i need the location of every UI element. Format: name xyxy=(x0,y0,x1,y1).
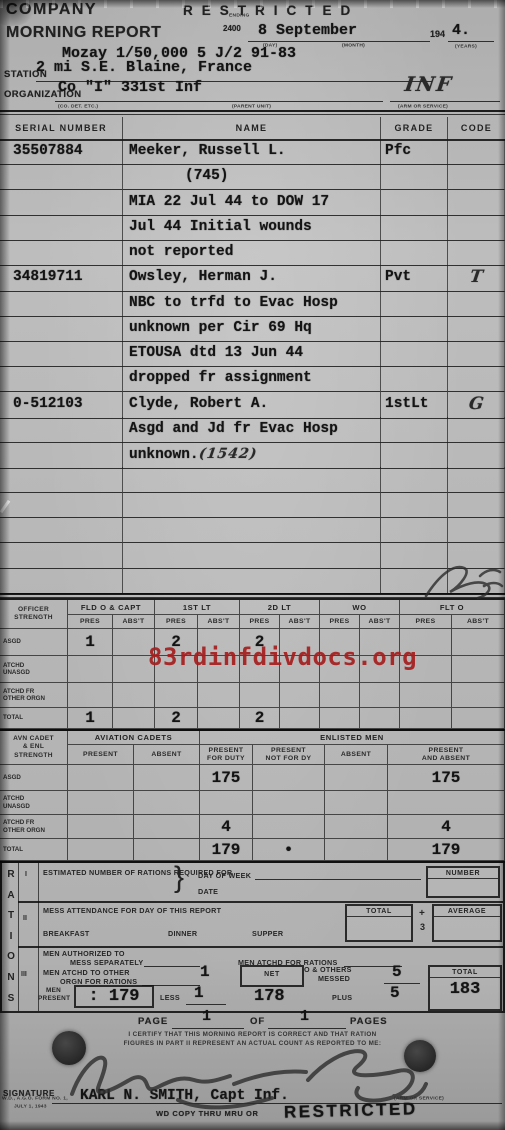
roster-name-cell: Clyde, Robert A. xyxy=(123,392,381,419)
officer-row-label: ASGD xyxy=(0,629,68,656)
roster-name-text: Jul 44 Initial wounds xyxy=(129,219,312,235)
strength-value-cell xyxy=(134,839,200,861)
roster-name-cell: Asgd and Jd fr Evac Hosp xyxy=(123,417,381,443)
roster-grade-cell xyxy=(381,493,448,518)
supper-label: SUPPER xyxy=(252,929,283,938)
roster-name-cell: dropped fr assignment xyxy=(123,366,381,392)
strength-value-cell xyxy=(253,765,325,791)
form-number-line-2: JULY 1, 1943 xyxy=(14,1104,47,1109)
pages-label: PAGES xyxy=(350,1016,388,1027)
strength-subheader: PRESENT AND ABSENT xyxy=(388,745,505,765)
officer-group-header: FLT O xyxy=(400,600,505,615)
officer-value-cell: 1 xyxy=(68,629,113,656)
average-box: AVERAGE xyxy=(432,904,502,942)
officer-value-cell xyxy=(452,629,505,656)
strength-value-cell xyxy=(68,765,134,791)
rations-letter: S xyxy=(8,989,15,1010)
table-row: NBC to trfd to Evac Hosp xyxy=(0,291,505,316)
roster-code-cell xyxy=(448,442,505,469)
page-label: PAGE xyxy=(138,1016,168,1027)
roster-name-cell: Jul 44 Initial wounds xyxy=(123,215,381,241)
rations-part1-divider xyxy=(18,901,503,903)
roster-column-header: GRADE xyxy=(381,117,448,139)
copy-note: WD COPY THRU MRU OR xyxy=(156,1109,259,1118)
roster-code-cell xyxy=(448,316,505,342)
officer-value-cell xyxy=(113,683,155,708)
day-of-week-label: DAY OF WEEK xyxy=(198,871,251,880)
table-row: 35507884Meeker, Russell L.Pfc xyxy=(0,139,505,164)
rations-letter: N xyxy=(7,968,14,989)
roster-name-text: ETOUSA dtd 13 Jun 44 xyxy=(129,345,303,361)
roster-serial-cell: 0-512103 xyxy=(0,392,123,419)
strength-value-cell xyxy=(200,791,253,815)
plus-label: PLUS xyxy=(332,993,352,1002)
strength-subheader: ABSENT xyxy=(325,745,388,765)
table-row: MIA 22 Jul 44 to DOW 17 xyxy=(0,190,505,215)
brace-glyph: } xyxy=(174,861,184,895)
arm-service-handwritten: INF xyxy=(403,72,454,96)
strength-row-label: TOTAL xyxy=(0,839,68,861)
signature-script xyxy=(58,1038,430,1110)
rations-total-value: 183 xyxy=(430,980,500,999)
strength-subheader: PRESENT FOR DUTY xyxy=(200,745,253,765)
strength-value-cell xyxy=(325,791,388,815)
strength-value-cell xyxy=(134,765,200,791)
strength-row-label: ATCHD FR OTHER ORGN xyxy=(0,815,68,839)
date-underline xyxy=(248,41,430,42)
divide-three: 3 xyxy=(420,922,425,932)
form-title-morning-report: MORNING REPORT xyxy=(6,24,161,42)
part-two-numeral: II xyxy=(23,915,27,922)
table-row: Jul 44 Initial wounds xyxy=(0,215,505,240)
strength-value-cell xyxy=(253,791,325,815)
roster-code-cell xyxy=(448,467,505,492)
officer-subheader: PRES xyxy=(68,615,113,629)
roster-column-header: SERIAL NUMBER xyxy=(0,117,123,139)
messed-label: MESSED xyxy=(318,974,350,983)
officer-value-cell: 2 xyxy=(155,708,198,729)
strength-subheader: PRESENT xyxy=(68,745,134,765)
page-edge-bottom xyxy=(0,1121,505,1130)
roster-code-cell xyxy=(448,366,505,392)
roster-name-text: Clyde, Robert A. xyxy=(129,396,268,412)
enlisted-strength-table: AVN CADET & ENL STRENGTHAVIATION CADETSE… xyxy=(0,729,505,863)
roster-code-cell: G xyxy=(448,392,505,419)
officer-value-cell xyxy=(452,656,505,683)
roster-serial-cell xyxy=(0,493,123,518)
aviation-cadets-header: AVIATION CADETS xyxy=(68,731,200,745)
roster-name-text: Owsley, Herman J. xyxy=(129,269,277,285)
rations-section: RATIONS I ESTIMATED NUMBER OF RATIONS RE… xyxy=(0,861,505,1013)
messed-value: 5 xyxy=(392,963,402,981)
strength-value-cell: 175 xyxy=(388,765,505,791)
ending-label: ENDING xyxy=(229,13,250,18)
less-value: 1 xyxy=(194,984,204,1002)
strength-value-cell xyxy=(388,791,505,815)
roster-serial-cell xyxy=(0,518,123,543)
roster-serial-cell xyxy=(0,190,123,216)
dinner-label: DINNER xyxy=(168,929,197,938)
mess-total-label: TOTAL xyxy=(347,906,411,917)
strength-value-cell xyxy=(253,815,325,839)
handwritten-code: G xyxy=(467,392,485,416)
strength-stub-header: AVN CADET & ENL STRENGTH xyxy=(0,731,68,765)
roster-name-text: Meeker, Russell L. xyxy=(129,143,286,159)
roster-body: 35507884Meeker, Russell L.Pfc(745)MIA 22… xyxy=(0,139,505,594)
roster-code-cell xyxy=(448,417,505,443)
divide-plus-glyph: + xyxy=(419,908,425,919)
others-label: O & OTHERS xyxy=(304,965,352,974)
strength-value-cell: 175 xyxy=(200,765,253,791)
roster-code-cell xyxy=(448,341,505,367)
table-row xyxy=(0,493,505,518)
month-label: (MONTH) xyxy=(342,43,365,48)
officer-subheader: PRES xyxy=(320,615,360,629)
officer-row-label: ATCHD UNASGD xyxy=(0,656,68,683)
strength-value-cell: 179 xyxy=(200,839,253,861)
officer-row-label: ATCHD FR OTHER ORGN xyxy=(0,683,68,708)
handwritten-note: (1542) xyxy=(197,442,259,467)
roster-grade-cell: Pfc xyxy=(381,139,448,165)
roster-grade-cell xyxy=(381,240,448,266)
roster-name-text: (745) xyxy=(185,168,229,184)
morning-report-document: COMPANY RESTRICTED MORNING REPORT ENDING… xyxy=(0,0,505,1130)
rations-total-box: TOTAL 183 xyxy=(428,965,502,1011)
strength-value-cell xyxy=(68,839,134,861)
rations-part2-divider xyxy=(18,946,503,948)
rations-letter: A xyxy=(7,886,14,907)
strength-row-label: ATCHD UNASGD xyxy=(0,791,68,815)
officer-value-cell xyxy=(452,708,505,729)
rations-rail-divider xyxy=(18,863,19,1011)
strength-value-cell xyxy=(325,839,388,861)
roster-grade-cell: 1stLt xyxy=(381,392,448,419)
roster-name-text: unknown. xyxy=(129,447,199,463)
net-box: NET xyxy=(240,965,304,987)
officer-value-cell xyxy=(400,683,452,708)
watermark-text: 83rdinfdivdocs.org xyxy=(148,643,417,671)
roster-name-cell: (745) xyxy=(123,164,381,190)
officer-group-header: FLD O & CAPT xyxy=(68,600,155,615)
roster-header: SERIAL NUMBERNAMEGRADECODE xyxy=(0,117,505,141)
officer-subheader: ABS'T xyxy=(452,615,505,629)
roster-grade-cell xyxy=(381,215,448,241)
roster-serial-cell xyxy=(0,366,123,392)
roster-serial-cell xyxy=(0,543,123,568)
table-row: dropped fr assignment xyxy=(0,366,505,391)
officer-value-cell xyxy=(280,683,320,708)
roster-name-cell: ETOUSA dtd 13 Jun 44 xyxy=(123,341,381,367)
net-box-label: NET xyxy=(242,967,302,979)
strength-value-cell xyxy=(134,815,200,839)
roster-grade-cell xyxy=(381,316,448,342)
table-row: ETOUSA dtd 13 Jun 44 xyxy=(0,341,505,366)
strength-value-cell xyxy=(134,791,200,815)
roster-name-text: dropped fr assignment xyxy=(129,370,312,386)
officer-subheader: PRES xyxy=(155,615,198,629)
roster-name-cell: unknown. (1542) xyxy=(123,442,381,469)
roster-name-text: Asgd and Jd fr Evac Hosp xyxy=(129,421,338,437)
number-box: NUMBER xyxy=(426,866,500,898)
roster-name-text: not reported xyxy=(129,244,233,260)
officer-value-cell xyxy=(400,708,452,729)
table-row: Asgd and Jd fr Evac Hosp xyxy=(0,417,505,442)
officer-value-cell xyxy=(155,683,198,708)
table-row: unknown. (1542) xyxy=(0,442,505,467)
pages-underline xyxy=(268,1028,346,1029)
roster-column-header: CODE xyxy=(448,117,505,139)
table-row xyxy=(0,467,505,492)
mess-separately-label: MESS SEPARATELY xyxy=(70,958,143,967)
roster-serial-cell xyxy=(0,417,123,443)
strength-value-cell xyxy=(68,791,134,815)
mess-total-box: TOTAL xyxy=(345,904,413,942)
strength-value-cell xyxy=(325,815,388,839)
roster-name-cell: Owsley, Herman J. xyxy=(123,265,381,292)
atchd-other-label: MEN ATCHD TO OTHER xyxy=(43,968,130,977)
men-present-box: : 179 xyxy=(74,985,154,1008)
mess-attendance-title: MESS ATTENDANCE FOR DAY OF THIS REPORT xyxy=(43,906,221,915)
header-divider xyxy=(0,110,505,115)
net-value: 178 xyxy=(254,987,285,1006)
roster-name-cell xyxy=(123,493,381,518)
rations-letter: I xyxy=(10,927,13,948)
strength-subheader: PRESENT NOT FOR DY xyxy=(253,745,325,765)
officer-value-cell xyxy=(68,683,113,708)
roster-code-cell xyxy=(448,291,505,317)
rations-letter: T xyxy=(8,906,14,927)
roster-code-cell: T xyxy=(448,265,505,292)
officer-group-header: WO xyxy=(320,600,400,615)
number-box-label: NUMBER xyxy=(428,868,498,879)
roster-serial-cell: 35507884 xyxy=(0,139,123,165)
table-row: 0-512103Clyde, Robert A.1stLtG xyxy=(0,392,505,417)
ending-time: 2400 xyxy=(223,24,241,33)
roster-name-text: unknown per Cir 69 Hq xyxy=(129,320,312,336)
strength-row-label: ASGD xyxy=(0,765,68,791)
strength-value-cell xyxy=(68,815,134,839)
roster-code-cell xyxy=(448,164,505,190)
station-value: 2 mi S.E. Blaine, France xyxy=(36,59,252,76)
enlisted-men-header: ENLISTED MEN xyxy=(200,731,505,745)
table-row: not reported xyxy=(0,240,505,265)
officer-value-cell: 1 xyxy=(68,708,113,729)
restricted-stamp: RESTRICTED xyxy=(284,1099,418,1122)
roster-serial-cell xyxy=(0,316,123,342)
form-title-company: COMPANY xyxy=(6,1,97,19)
day-of-week-underline xyxy=(255,879,421,880)
roster-name-cell: not reported xyxy=(123,240,381,266)
roster-grade-cell xyxy=(381,291,448,317)
pages-value: 1 xyxy=(300,1008,309,1025)
roster-code-cell xyxy=(448,493,505,518)
roster-code-cell xyxy=(448,215,505,241)
rations-letter: O xyxy=(7,947,15,968)
officer-subheader: ABS'T xyxy=(113,615,155,629)
officer-stub-header: OFFICER STRENGTH xyxy=(0,600,68,629)
officer-value-cell xyxy=(360,708,400,729)
year-typed: 4. xyxy=(452,22,470,39)
plus-value: 5 xyxy=(390,984,400,1002)
roster-name-cell: MIA 22 Jul 44 to DOW 17 xyxy=(123,190,381,216)
report-date: 8 September xyxy=(258,22,357,39)
roster-grade-cell xyxy=(381,366,448,392)
strength-value-cell: 179 xyxy=(388,839,505,861)
arm-service-underline xyxy=(390,101,500,102)
officer-value-cell xyxy=(113,708,155,729)
roster-serial-cell xyxy=(0,442,123,469)
roster-name-cell xyxy=(123,569,381,594)
roster-grade-cell: Pvt xyxy=(381,265,448,292)
co-det-label: (CO. DET. ETC.) xyxy=(58,104,98,109)
roster-grade-cell xyxy=(381,417,448,443)
years-label: (YEARS) xyxy=(455,44,477,49)
rations-total-label: TOTAL xyxy=(430,967,500,978)
roster-serial-cell xyxy=(0,341,123,367)
strength-value-cell: • xyxy=(253,839,325,861)
present-label: PRESENT xyxy=(38,995,70,1002)
roster-serial-cell xyxy=(0,164,123,190)
officer-group-header: 2D LT xyxy=(240,600,320,615)
date-label: DATE xyxy=(198,887,218,896)
roster-name-text: MIA 22 Jul 44 to DOW 17 xyxy=(129,194,329,210)
roster-name-cell xyxy=(123,467,381,492)
part-one-numeral: I xyxy=(25,871,27,878)
year-prefix: 194 xyxy=(430,29,445,39)
strength-value-cell: 4 xyxy=(200,815,253,839)
mess-separately-underline xyxy=(144,966,200,967)
roster-serial-cell xyxy=(0,467,123,492)
rations-letter: R xyxy=(7,865,14,886)
roster-name-cell: unknown per Cir 69 Hq xyxy=(123,316,381,342)
officer-row-label: TOTAL xyxy=(0,708,68,729)
officer-group-header: 1ST LT xyxy=(155,600,240,615)
roster-grade-cell xyxy=(381,341,448,367)
breakfast-label: BREAKFAST xyxy=(43,929,90,938)
roster-code-cell xyxy=(448,518,505,543)
strength-value-cell xyxy=(325,765,388,791)
page-value: 1 xyxy=(202,1008,211,1025)
table-row: 34819711Owsley, Herman J.PvtT xyxy=(0,265,505,290)
organization-underline xyxy=(55,101,383,102)
page-underline xyxy=(172,1028,244,1029)
roster-serial-cell xyxy=(0,291,123,317)
handwritten-scribble xyxy=(420,558,505,602)
men-label: MEN xyxy=(46,987,61,994)
roster-code-cell xyxy=(448,240,505,266)
officer-subheader: PRES xyxy=(400,615,452,629)
roster-name-text: NBC to trfd to Evac Hosp xyxy=(129,295,338,311)
officer-subheader: ABS'T xyxy=(198,615,240,629)
strength-subheader: ABSENT xyxy=(134,745,200,765)
roster-serial-cell xyxy=(0,240,123,266)
officer-value-cell xyxy=(452,683,505,708)
roster-name-cell xyxy=(123,518,381,543)
officer-value-cell xyxy=(68,656,113,683)
of-label: OF xyxy=(250,1016,265,1027)
part-three-numeral: III xyxy=(21,971,27,978)
atchd-other-value: 1 xyxy=(200,963,210,981)
officer-value-cell xyxy=(198,683,240,708)
classification-banner: RESTRICTED xyxy=(183,3,359,18)
table-row: (745) xyxy=(0,164,505,189)
handwritten-code: T xyxy=(468,265,484,289)
average-box-label: AVERAGE xyxy=(434,906,500,917)
men-present-value: : 179 xyxy=(76,987,152,1007)
roster-serial-cell xyxy=(0,569,123,594)
roster-grade-cell xyxy=(381,164,448,190)
officer-subheader: ABS'T xyxy=(360,615,400,629)
roster-code-cell xyxy=(448,139,505,165)
officer-value-cell: 2 xyxy=(240,708,280,729)
organization-value: Co "I" 331st Inf xyxy=(58,79,202,96)
less-underline xyxy=(186,1004,226,1005)
table-row: unknown per Cir 69 Hq xyxy=(0,316,505,341)
roster-name-cell xyxy=(123,543,381,568)
roster-grade-cell xyxy=(381,442,448,469)
officer-subheader: PRES xyxy=(240,615,280,629)
officer-value-cell xyxy=(320,683,360,708)
arm-or-service-label: (ARM OR SERVICE) xyxy=(398,104,448,109)
roster-name-cell: Meeker, Russell L. xyxy=(123,139,381,165)
parent-unit-label: (PARENT UNIT) xyxy=(232,104,271,109)
roster-name-cell: NBC to trfd to Evac Hosp xyxy=(123,291,381,317)
officer-subheader: ABS'T xyxy=(280,615,320,629)
roster-serial-cell: 34819711 xyxy=(0,265,123,292)
strength-value-cell: 4 xyxy=(388,815,505,839)
men-authorized-label: MEN AUTHORIZED TO xyxy=(43,949,125,958)
officer-value-cell xyxy=(360,683,400,708)
year-underline xyxy=(448,41,494,42)
officer-value-cell xyxy=(198,708,240,729)
rations-numeral-divider xyxy=(38,863,39,1011)
less-label: LESS xyxy=(160,993,180,1002)
rations-vertical-label: RATIONS xyxy=(4,865,18,1009)
table-row xyxy=(0,518,505,543)
officer-value-cell xyxy=(240,683,280,708)
roster-grade-cell xyxy=(381,190,448,216)
officer-value-cell xyxy=(280,708,320,729)
roster-grade-cell xyxy=(381,467,448,492)
roster-column-header: NAME xyxy=(123,117,381,139)
roster-grade-cell xyxy=(381,518,448,543)
officer-value-cell xyxy=(320,708,360,729)
roster-serial-cell xyxy=(0,215,123,241)
roster-code-cell xyxy=(448,190,505,216)
